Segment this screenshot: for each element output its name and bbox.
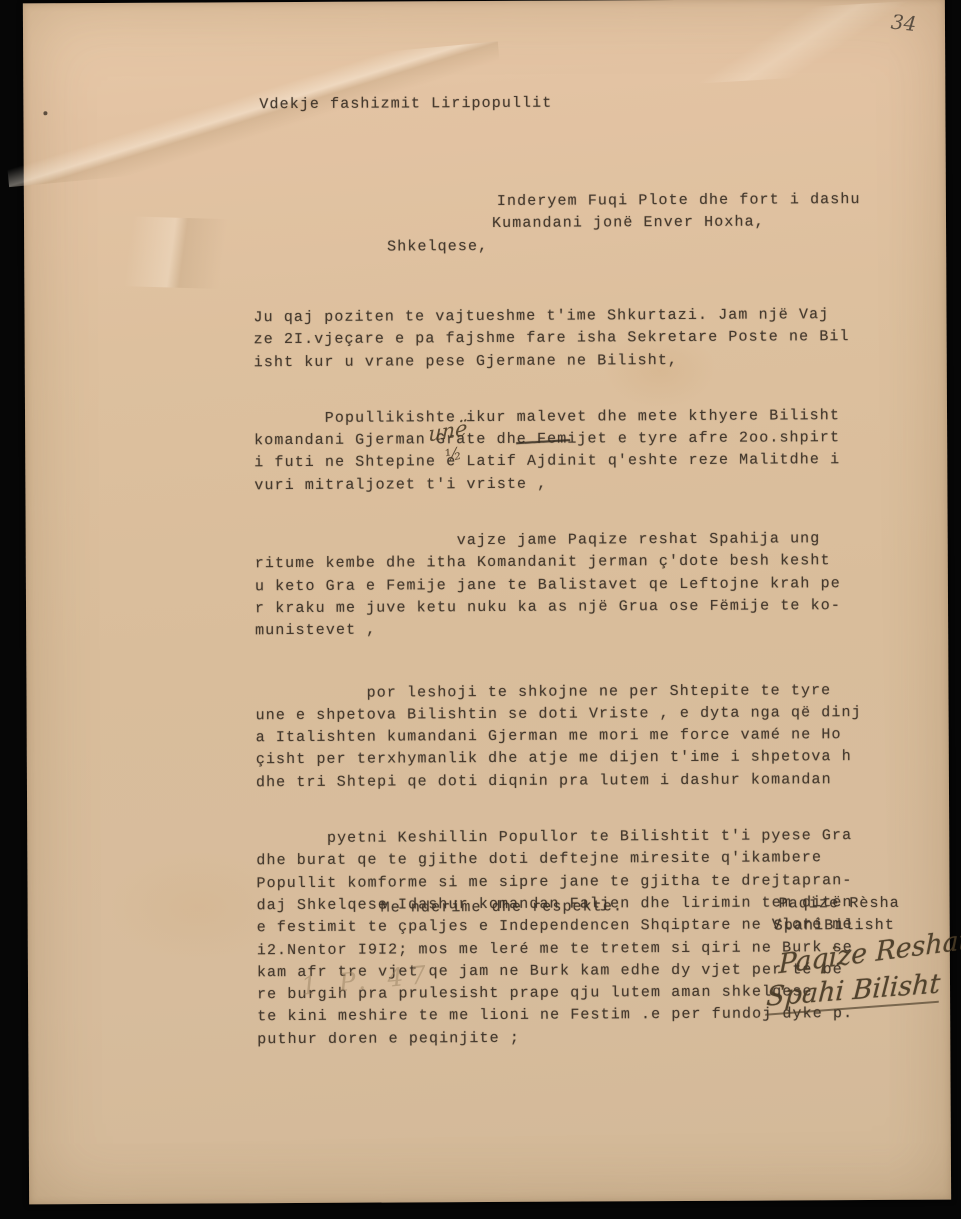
- paragraph-1: Ju qaj poziten te vajtueshme t'ime Shkur…: [253, 304, 933, 374]
- address-line-2: Kumandani jonë Enver Hoxha,: [492, 214, 765, 232]
- typed-line: ze 2I.vjeçare e pa fajshme fare isha Sek…: [254, 326, 934, 352]
- typed-line: çisht per terxhymanlik dhe atje me dijen…: [256, 746, 936, 772]
- address-line-1: Inderyem Fuqi Plote dhe fort i dashu: [497, 191, 861, 210]
- typed-line: puthur doren e peqinjite ;: [257, 1025, 937, 1051]
- typed-line: vuri mitraljozet t'i vriste ,: [254, 471, 934, 497]
- paper: 34 Vdekje fashizmit Liripopullit Inderye…: [23, 0, 951, 1204]
- letter-heading: Vdekje fashizmit Liripopullit: [259, 95, 552, 114]
- paragraph-3: vajze jame Paqize reshat Spahija ungritu…: [255, 528, 936, 643]
- typed-line: i futi ne Shtepine e Latif Ajdinit q'esh…: [254, 449, 934, 475]
- closing-line: Me nderime dhe respekte.: [381, 898, 624, 916]
- paragraph-4: por leshoji te shkojne ne per Shtepite t…: [255, 679, 936, 794]
- salutation: Shkelqese,: [387, 238, 488, 256]
- page-corner-number: 34: [890, 10, 918, 36]
- paragraph-2: Popullikishte ikur malevet dhe mete kthy…: [254, 405, 934, 498]
- typed-line: r kraku me juve ketu nuku ka as një Grua…: [255, 595, 935, 621]
- paper-speck: [43, 111, 47, 115]
- paragraph-5: pyetni Keshillin Popullor te Bilishtit t…: [256, 825, 937, 1052]
- typed-line: isht kur u vrane pese Gjermane ne Bilish…: [254, 348, 934, 374]
- typed-signature-line-1: Paqize Rèsha: [779, 895, 900, 913]
- scan-background: { "colors": { "background": "#060606", "…: [0, 0, 961, 1219]
- typed-line: munistevet ,: [255, 617, 935, 643]
- typed-line: pyetni Keshillin Popullor te Bilishtit t…: [256, 825, 936, 851]
- paper-crease: [0, 41, 507, 187]
- typed-signature-line-2: SpahiBilisht: [774, 917, 895, 935]
- typed-line: dhe tri Shtepi qe doti diqnin pra lutem …: [256, 768, 936, 794]
